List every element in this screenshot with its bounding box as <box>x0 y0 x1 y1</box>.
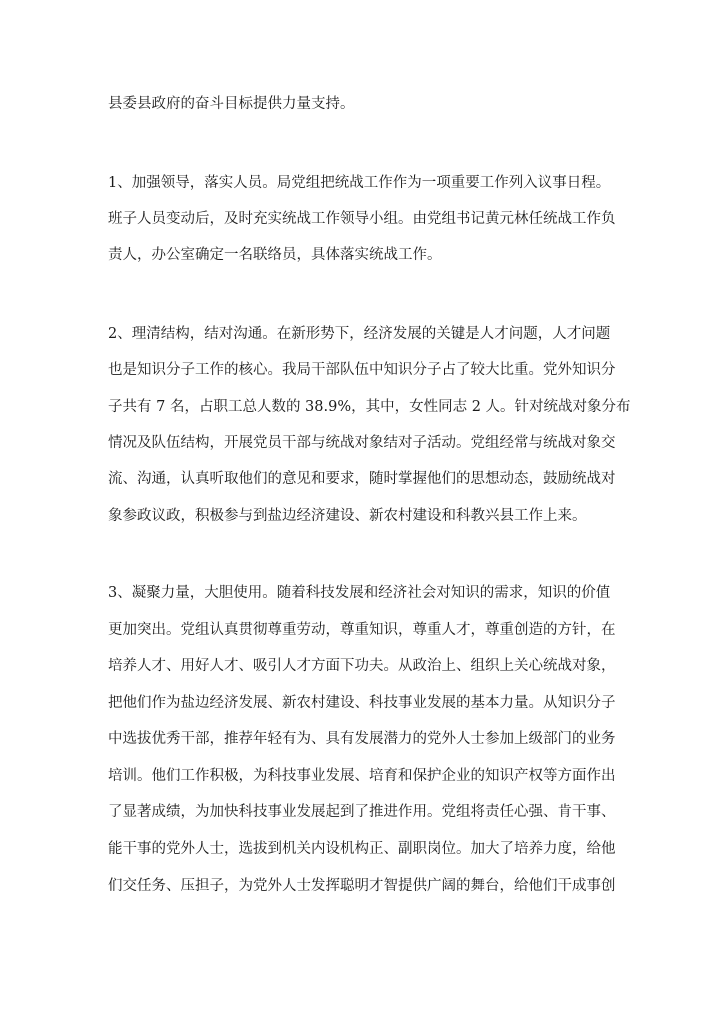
paragraph-line: 3、凝聚力量，大胆使用。随着科技发展和经济社会对知识的需求，知识的价值 <box>108 583 628 603</box>
lead-line: 县委县政府的奋斗目标提供力量支持。 <box>108 94 628 114</box>
paragraph-line: 培养人才、用好人才、吸引人才方面下功夫。从政治上、组织上关心统战对象， <box>108 656 628 676</box>
paragraph-line: 把他们作为盐边经济发展、新农村建设、科技事业发展的基本力量。从知识分子 <box>108 693 628 713</box>
paragraph-line: 2、理清结构，结对沟通。在新形势下，经济发展的关键是人才问题，人才问题 <box>108 324 628 344</box>
paragraph-line: 流、沟通，认真听取他们的意见和要求，随时掌握他们的思想动态，鼓励统战对 <box>108 469 628 489</box>
paragraph-line: 们交任务、压担子，为党外人士发挥聪明才智提供广阔的舞台，给他们干成事创 <box>108 876 628 896</box>
paragraph-line: 也是知识分子工作的核心。我局干部队伍中知识分子占了较大比重。党外知识分 <box>108 360 628 380</box>
paragraph-line: 能干事的党外人士，选拔到机关内设机构正、副职岗位。加大了培养力度，给他 <box>108 839 628 859</box>
paragraph-line: 1、加强领导，落实人员。局党组把统战工作作为一项重要工作列入议事日程。 <box>108 173 628 193</box>
paragraph-line: 班子人员变动后，及时充实统战工作领导小组。由党组书记黄元林任统战工作负 <box>108 209 628 229</box>
paragraph-line: 情况及队伍结构，开展党员干部与统战对象结对子活动。党组经常与统战对象交 <box>108 433 628 453</box>
paragraph-line: 更加突出。党组认真贯彻尊重劳动，尊重知识，尊重人才，尊重创造的方针，在 <box>108 620 628 640</box>
paragraph-line: 了显著成绩，为加快科技事业发展起到了推进作用。党组将责任心强、肯干事、 <box>108 802 628 822</box>
paragraph-line: 子共有 7 名，占职工总人数的 38.9%，其中，女性同志 2 人。针对统战对象… <box>108 397 628 417</box>
document-page: 县委县政府的奋斗目标提供力量支持。 1、加强领导，落实人员。局党组把统战工作作为… <box>0 0 721 1020</box>
paragraph-line: 培训。他们工作积极，为科技事业发展、培育和保护企业的知识产权等方面作出 <box>108 766 628 786</box>
paragraph-line: 中选拔优秀干部，推荐年轻有为、具有发展潜力的党外人士参加上级部门的业务 <box>108 729 628 749</box>
paragraph-line: 责人，办公室确定一名联络员，具体落实统战工作。 <box>108 245 628 265</box>
paragraph-line: 象参政议政，积极参与到盐边经济建设、新农村建设和科教兴县工作上来。 <box>108 506 628 526</box>
